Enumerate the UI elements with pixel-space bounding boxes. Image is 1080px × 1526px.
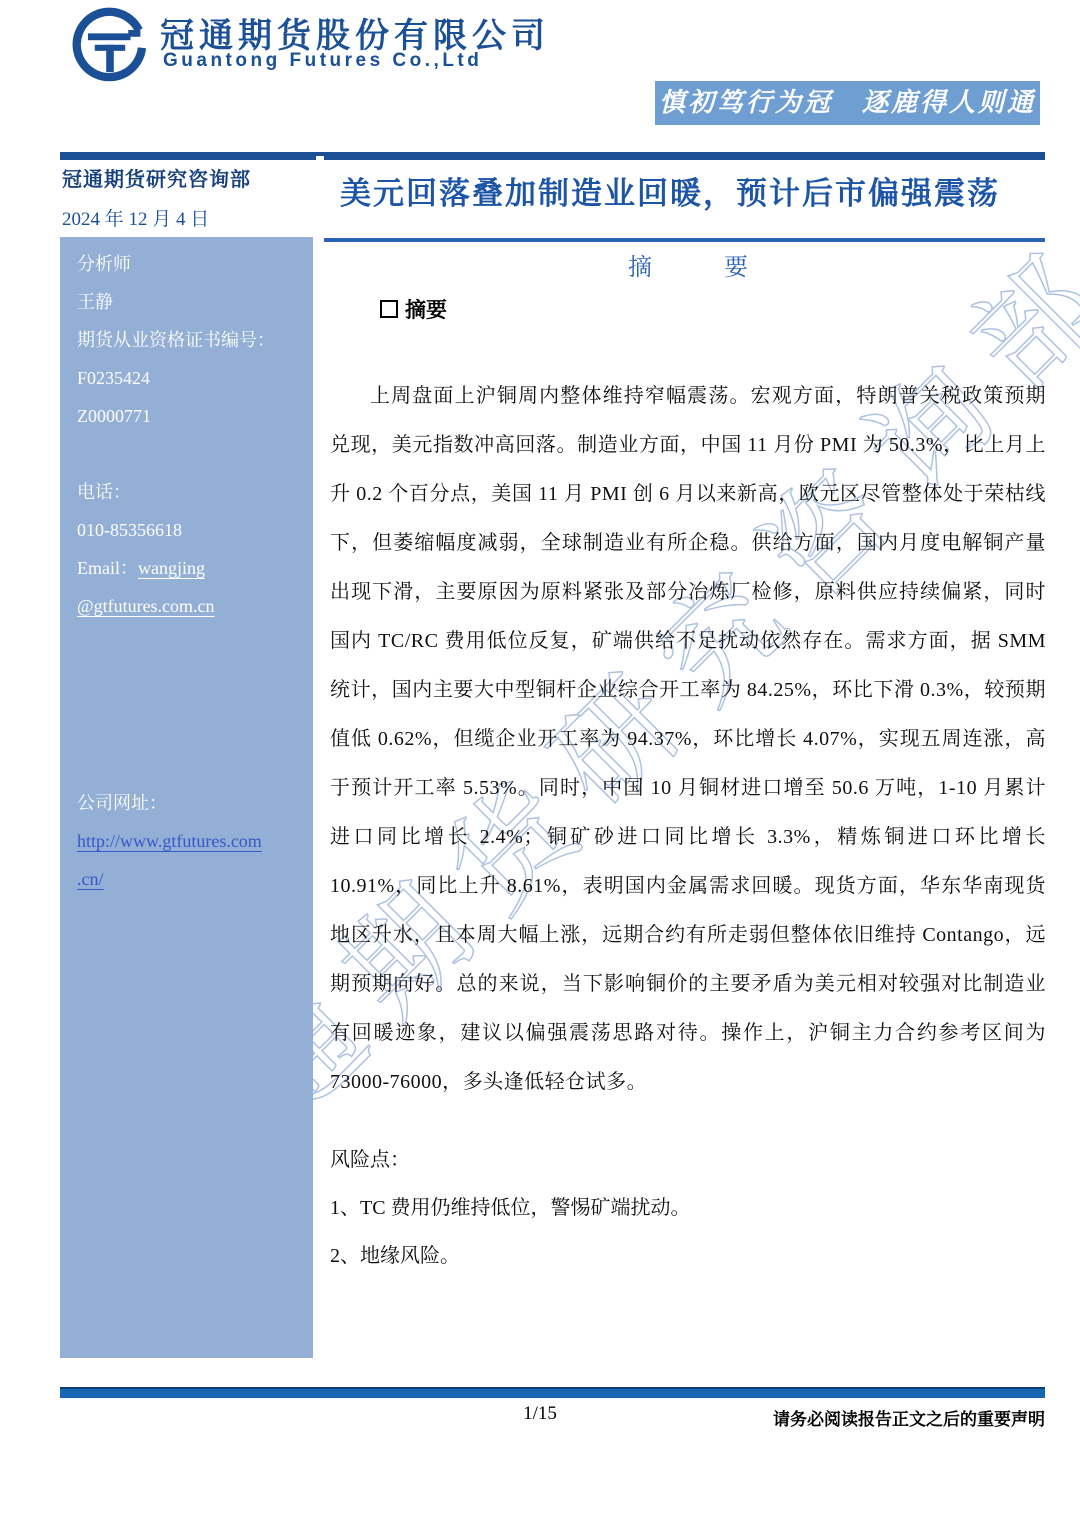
email-label: Email： (77, 558, 138, 578)
phone-label: 电话： (77, 473, 313, 511)
footer-divider (60, 1387, 1045, 1398)
analyst-info-panel: 分析师 王静 期货从业资格证书编号： F0235424 Z0000771 电话：… (60, 237, 313, 1358)
risk-item: 2、地缘风险。 (330, 1232, 1046, 1280)
company-name-en: Guantong Futures Co.,Ltd (163, 50, 482, 72)
header-divider-left (60, 152, 316, 160)
report-title: 美元回落叠加制造业回暖，预计后市偏强震荡 (340, 168, 1046, 213)
abstract-paragraph: 上周盘面上沪铜周内整体维持窄幅震荡。宏观方面，特朗普关税政策预期兑现，美元指数冲… (330, 372, 1046, 1107)
website-label: 公司网址： (77, 784, 313, 822)
report-page: 冠通期货研究咨询部 冠通期货股份有限公司 Guantong Futures Co… (0, 0, 1080, 1526)
website-link[interactable]: http://www.gtfutures.com (77, 831, 262, 851)
risk-heading: 风险点： (330, 1136, 1046, 1184)
header-divider-join (316, 152, 324, 156)
title-divider (324, 238, 1045, 242)
abstract-section-label: 摘要 (405, 298, 447, 322)
square-bullet-icon (380, 300, 398, 318)
company-logo-icon (72, 6, 148, 82)
email-link[interactable]: wangjing (138, 558, 205, 578)
risk-item: 1、TC 费用仍维持低位，警惕矿端扰动。 (330, 1184, 1046, 1232)
email-link-continued[interactable]: @gtfutures.com.cn (77, 596, 215, 616)
cert-label: 期货从业资格证书编号： (77, 321, 313, 359)
report-date: 2024 年 12 月 4 日 (62, 204, 209, 231)
phone-number: 010-85356618 (77, 511, 313, 549)
slogan-banner: 慎初笃行为冠 逐鹿得人则通 (655, 81, 1040, 125)
website-link-continued[interactable]: .cn/ (77, 869, 104, 889)
footer-disclaimer: 请务必阅读报告正文之后的重要声明 (773, 1405, 1045, 1430)
risk-section: 风险点： 1、TC 费用仍维持低位，警惕矿端扰动。 2、地缘风险。 (330, 1136, 1046, 1280)
cert-number: Z0000771 (77, 397, 313, 435)
email-line: Email：wangjing (77, 549, 313, 587)
abstract-section-heading: 摘要 (380, 294, 447, 324)
abstract-heading: 摘 要 (330, 247, 1046, 282)
cert-number: F0235424 (77, 359, 313, 397)
department-name: 冠通期货研究咨询部 (62, 163, 251, 192)
analyst-label: 分析师 (77, 245, 313, 283)
header-divider-right (324, 152, 1045, 160)
analyst-name: 王静 (77, 283, 313, 321)
